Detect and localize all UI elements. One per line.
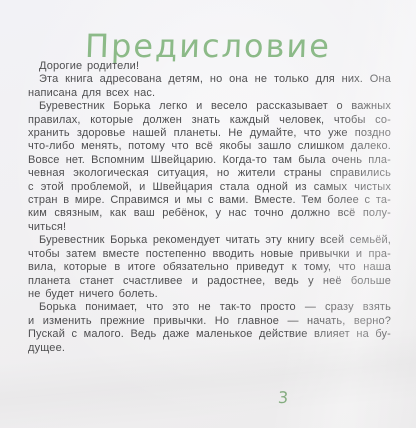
text-line: Эта книга адресована детям, но она не то… [28, 73, 391, 86]
text-line: стран в мире. Справимся и мы с вами. Вме… [28, 194, 391, 207]
text-line: Вовсе нет. Вспомним Швейцарию. Когда-то … [28, 154, 391, 167]
text-line: и изменить прежние привычки. Но главное … [28, 315, 391, 328]
text-line: Буревестник Борька рекомендует читать эт… [28, 234, 391, 247]
text-line: дущее. [28, 342, 391, 355]
text-line: Пускай с малого. Ведь даже маленькое дей… [28, 328, 391, 341]
book-page: Предисловие Дорогие родители! Эта книга … [0, 0, 416, 428]
text-line: чевная экологическая ситуация, но жители… [28, 167, 391, 180]
text-line: что-либо менять, потому что всё якобы за… [28, 140, 391, 153]
text-line: чтобы затем вместе постепенно вводить но… [28, 248, 391, 261]
text-line: ким связным, как ваш ребёнок, у нас точн… [28, 207, 391, 220]
page-number: 3 [277, 388, 289, 407]
text-line: читься! [28, 221, 391, 234]
text-line: Борька понимает, что это не так-то прост… [28, 301, 391, 314]
text-line: планета станет счастливее и радостнее, в… [28, 275, 391, 288]
text-line: вила, которые в итоге обязательно привед… [28, 261, 391, 274]
text-line: правилах, которые должен знать каждый че… [28, 114, 391, 127]
text-line: с этой проблемой, и Швейцария стала одно… [28, 181, 391, 194]
text-line: хранить здоровье нашей планеты. Не думай… [28, 127, 391, 140]
preface-text: Дорогие родители! Эта книга адресована д… [28, 60, 391, 355]
text-line: не будет ничего болеть. [28, 288, 391, 301]
text-line: Буревестник Борька легко и весело расска… [28, 100, 391, 113]
text-line: написана для всех нас. [28, 87, 391, 100]
text-line: Дорогие родители! [28, 60, 391, 73]
